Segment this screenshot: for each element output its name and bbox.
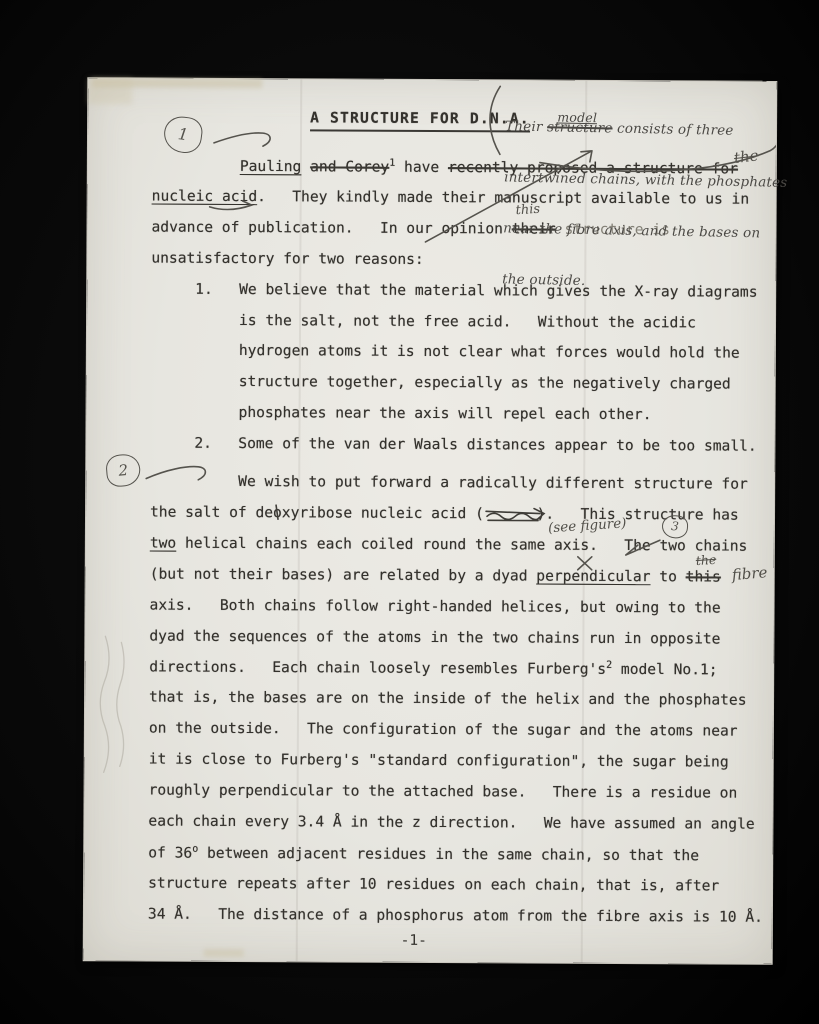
photo-background: { "document": { "title": "A STRUCTURE FO… xyxy=(0,0,819,1024)
typescript-line-4: unsatisfactory for two reasons: xyxy=(151,249,423,269)
handwritten-the-correction: the xyxy=(695,552,716,568)
typescript-line-17: directions. Each chain loosely resembles… xyxy=(149,658,717,680)
typescript-line-10: 2. Some of the van der Waals distances a… xyxy=(194,435,756,456)
circled-number-2: 2 xyxy=(105,453,142,488)
margin-note-inserted-word: model xyxy=(557,108,597,126)
typescript-line-9: phosphates near the axis will repel each… xyxy=(239,404,652,424)
margin-ghost-writing-1 xyxy=(100,636,109,772)
circled-number-3: 3 xyxy=(661,514,689,539)
arrow-2-icon xyxy=(146,466,205,479)
typescript-line-22: each chain every 3.4 Å in the z directio… xyxy=(148,812,754,833)
manuscript-page: A STRUCTURE FOR D.N.A. Pauling and Corey… xyxy=(84,78,777,964)
typescript-line-25: 34 Å. The distance of a phosphorus atom … xyxy=(148,905,763,926)
typescript-line-7: hydrogen atoms it is not clear what forc… xyxy=(239,342,740,363)
handwritten-margin-note: modelTheir structure consists of three i… xyxy=(501,84,786,327)
arrow-1-icon xyxy=(214,133,270,146)
typescript-line-11: We wish to put forward a radically diffe… xyxy=(238,473,748,494)
typescript-line-14: (but not their bases) are related by a d… xyxy=(150,565,721,586)
typescript-line-21: roughly perpendicular to the attached ba… xyxy=(149,782,738,803)
typescript-line-24: structure repeats after 10 residues on e… xyxy=(148,874,719,895)
handwritten-the-scribbled: the xyxy=(733,146,760,167)
typescript-line-20: it is close to Furberg's "standard confi… xyxy=(149,751,729,772)
paper-stain-corner xyxy=(88,78,132,104)
typescript-line-23: of 36o between adjacent residues in the … xyxy=(148,843,699,865)
handwritten-this-correction: this xyxy=(515,202,540,219)
margin-ghost-writing-2 xyxy=(116,642,124,766)
typescript-line-15: axis. Both chains follow right-handed he… xyxy=(150,596,721,617)
margin-note-line2: intertwined chains, with the phosphates xyxy=(504,169,784,191)
typescript-line-19: on the outside. The configuration of the… xyxy=(149,720,738,741)
margin-note-line3: near the fibre axis, and the bases on xyxy=(503,220,783,242)
typescript-line-12: the salt of deoxyribose nucleic acid ( )… xyxy=(150,503,739,524)
handwritten-fibre-correction: fibre xyxy=(731,563,768,584)
typescript-line-8: structure together, especially as the ne… xyxy=(239,373,731,394)
paper-stain-bottom xyxy=(204,949,244,957)
page-number: -1- xyxy=(84,930,744,950)
typescript-line-18: that is, the bases are on the inside of … xyxy=(149,689,747,710)
typescript-line-16: dyad the sequences of the atoms in the t… xyxy=(149,627,720,648)
typescript-line-13: two helical chains each coiled round the… xyxy=(150,534,748,555)
margin-note-line1: modelTheir structure consists of three xyxy=(505,118,785,140)
circled-number-1: 1 xyxy=(162,114,204,155)
page-title: A STRUCTURE FOR D.N.A. xyxy=(310,109,530,132)
margin-note-line4: the outside. xyxy=(502,271,782,293)
